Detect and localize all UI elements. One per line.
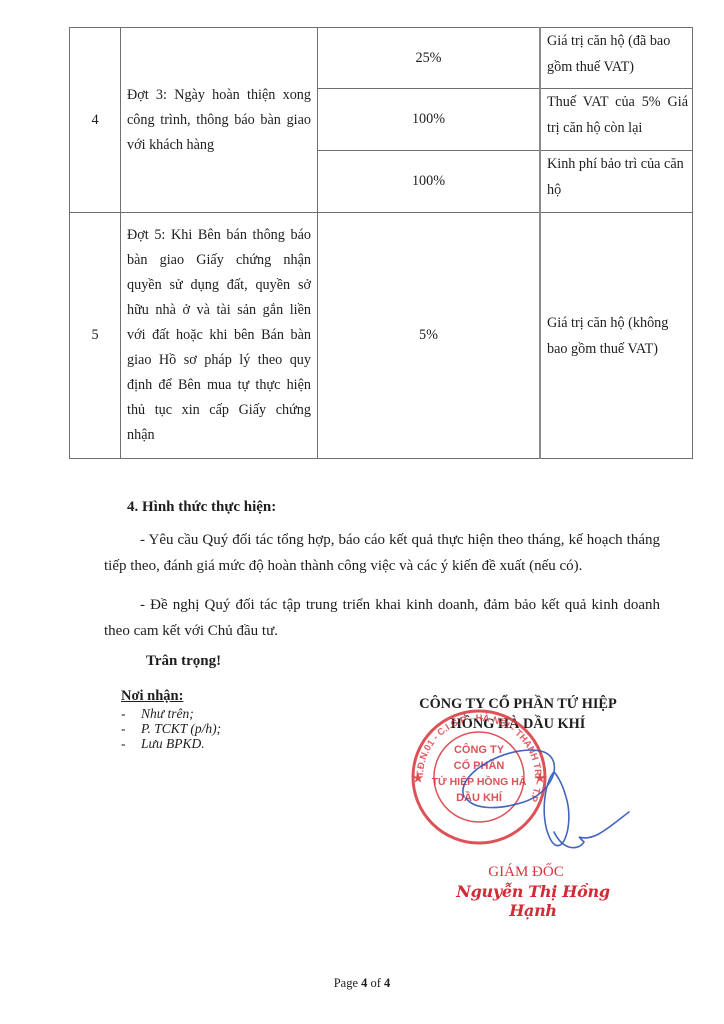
total-pages: 4 <box>384 976 390 990</box>
row-percent: 100% <box>318 89 541 151</box>
company-stamp-icon: CÔNG TY CỔ PHẦN TỨ HIỆP HỒNG HÀ DẦU KHÍ … <box>404 702 634 872</box>
signer-name: Nguyễn Thị Hồng Hạnh <box>448 882 618 920</box>
row-description: Đợt 3: Ngày hoàn thiện xong công trình, … <box>121 28 318 213</box>
row-index: 4 <box>70 28 121 213</box>
table-row: 4 Đợt 3: Ngày hoàn thiện xong công trình… <box>70 28 693 89</box>
table-row: 5 Đợt 5: Khi Bên bán thông báo bàn giao … <box>70 213 693 459</box>
row-basis-text: Thuế VAT của 5% Giá trị căn hộ còn lại <box>541 89 692 149</box>
section-heading: 4. Hình thức thực hiện: <box>127 499 276 516</box>
page-footer: Page 4 of 4 <box>0 976 724 991</box>
svg-text:CÔNG TY: CÔNG TY <box>454 743 505 756</box>
row-basis-text: Giá trị căn hộ (không bao gồm thuế VAT) <box>541 310 692 362</box>
signature-block: CÔNG TY CỔ PHẦN TỨ HIỆP HỒNG HÀ DẦU KHÍ … <box>398 682 638 932</box>
paragraph: - Đề nghị Quý đối tác tập trung triển kh… <box>104 592 660 644</box>
closing-greeting: Trân trọng! <box>146 653 221 670</box>
recipient-item: -Lưu BPKD. <box>121 736 221 751</box>
paragraph: - Yêu cầu Quý đối tác tổng hợp, báo cáo … <box>104 527 660 579</box>
row-basis: Thuế VAT của 5% Giá trị căn hộ còn lại <box>540 89 693 151</box>
row-basis-text: Giá trị căn hộ (đã bao gồm thuế VAT) <box>541 28 692 88</box>
recipients-list: -Như trên; -P. TCKT (p/h); -Lưu BPKD. <box>121 706 221 751</box>
row-description-text: Đợt 3: Ngày hoàn thiện xong công trình, … <box>121 83 317 158</box>
svg-text:CỔ PHẦN: CỔ PHẦN <box>454 759 505 772</box>
row-percent: 25% <box>318 28 541 89</box>
row-percent: 100% <box>318 151 541 213</box>
svg-text:TỨ HIỆP HỒNG HÀ: TỨ HIỆP HỒNG HÀ <box>432 775 527 788</box>
row-basis: Giá trị căn hộ (đã bao gồm thuế VAT) <box>540 28 693 89</box>
recipients-title: Nơi nhận: <box>121 688 221 705</box>
recipient-item: -P. TCKT (p/h); <box>121 721 221 736</box>
recipient-item: -Như trên; <box>121 706 221 721</box>
recipients-block: Nơi nhận: -Như trên; -P. TCKT (p/h); -Lư… <box>121 688 221 751</box>
payment-schedule-table: 4 Đợt 3: Ngày hoàn thiện xong công trình… <box>69 27 693 459</box>
row-basis: Kinh phí bảo trì của căn hộ <box>540 151 693 213</box>
row-basis-text: Kinh phí bảo trì của căn hộ <box>541 151 692 211</box>
row-description-text: Đợt 5: Khi Bên bán thông báo bàn giao Gi… <box>121 223 317 448</box>
row-percent: 5% <box>318 213 541 459</box>
row-basis: Giá trị căn hộ (không bao gồm thuế VAT) <box>540 213 693 459</box>
row-description: Đợt 5: Khi Bên bán thông báo bàn giao Gi… <box>121 213 318 459</box>
row-index: 5 <box>70 213 121 459</box>
